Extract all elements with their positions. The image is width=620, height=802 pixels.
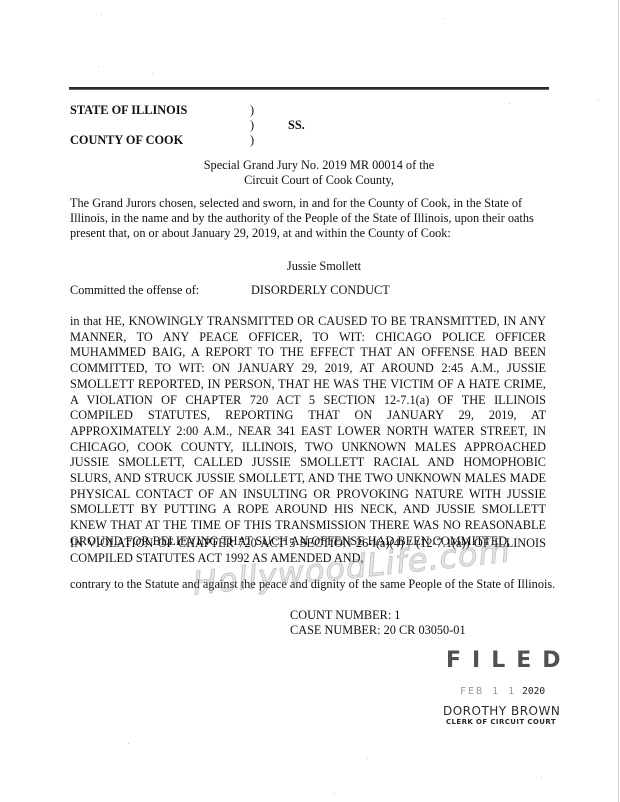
stamp-clerk-title: CLERK OF CIRCUIT COURT [446, 718, 556, 726]
caption-paren: ) [250, 133, 254, 148]
stamp-year: 2020 [522, 686, 545, 697]
defendant-name: Jussie Smollett [0, 259, 620, 274]
count-block: COUNT NUMBER: 1 CASE NUMBER: 20 CR 03050… [290, 608, 466, 637]
header-rule [69, 87, 549, 90]
charge-paragraph: in that HE, KNOWINGLY TRANSMITTED OR CAU… [70, 314, 546, 550]
offense-value: DISORDERLY CONDUCT [251, 283, 390, 298]
grand-jury-heading: Special Grand Jury No. 2019 MR 00014 of … [0, 158, 620, 187]
stamp-filed-text: FILED [446, 648, 572, 673]
caption-ss: SS. [288, 118, 305, 133]
stamp-clerk-name: DOROTHY BROWN [443, 704, 560, 718]
caption-paren: ) [250, 103, 254, 118]
page-edge [618, 0, 619, 802]
caption-state: STATE OF ILLINOIS [70, 103, 187, 118]
case-number: CASE NUMBER: 20 CR 03050-01 [290, 623, 466, 638]
defendant-name-text: Jussie Smollett [259, 259, 361, 273]
count-number: COUNT NUMBER: 1 [290, 608, 466, 623]
stamp-month-day: FEB 1 1 [460, 686, 516, 697]
statute-violation: IN VIOLATION OF CHAPTER 720 ACT 5 SECTIO… [70, 536, 546, 566]
grand-jury-line-2: Circuit Court of Cook County, [0, 173, 620, 188]
document-page: STATE OF ILLINOIS ) ) SS. COUNTY OF COOK… [0, 0, 620, 802]
caption-county: COUNTY OF COOK [70, 133, 183, 148]
preamble-paragraph: The Grand Jurors chosen, selected and sw… [70, 196, 550, 242]
caption-paren: ) [250, 118, 254, 133]
offense-label: Committed the offense of: [70, 283, 199, 298]
grand-jury-line-1: Special Grand Jury No. 2019 MR 00014 of … [0, 158, 620, 173]
stamp-date: FEB 1 12020 [460, 686, 545, 697]
contrary-clause: contrary to the Statute and against the … [70, 577, 550, 592]
